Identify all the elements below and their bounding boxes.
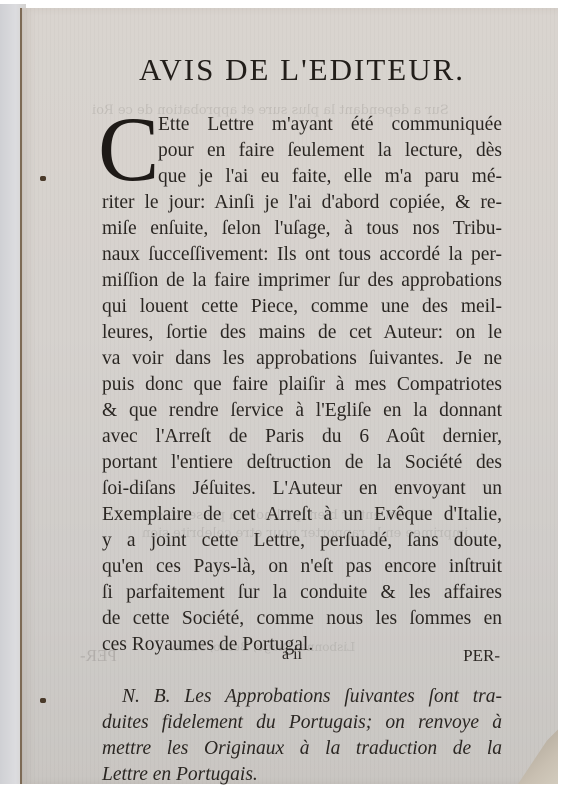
text-line: Exemplaire de cet Arreſt à un Evêque d'I… bbox=[102, 502, 502, 528]
text-line: pour en faire ſeulement la lecture, dès bbox=[102, 138, 502, 164]
text-line: qu'en ces Pays-là, on n'eſt pas encore i… bbox=[102, 554, 502, 580]
signature-mark: a ii bbox=[282, 646, 302, 664]
text-line: leures, ſortie des mains de cet Auteur: … bbox=[102, 320, 502, 346]
page-heading: AVIS DE L'EDITEUR. bbox=[102, 50, 502, 90]
text-line: miſſion de la faire imprimer ſur des app… bbox=[102, 268, 502, 294]
editor-notice-paragraph: C Ette Lettre m'ayant été communiquée po… bbox=[102, 112, 502, 658]
page-footer: PER- a ii PER- bbox=[102, 646, 502, 670]
note-line: N. B. Les Approbations ſuivantes ſont tr… bbox=[102, 684, 502, 710]
show-through-catchword: PER- bbox=[80, 646, 117, 666]
text-line: que je l'ai eu faite, elle m'a paru mé- bbox=[102, 164, 502, 190]
nota-bene-note: N. B. Les Approbations ſuivantes ſont tr… bbox=[102, 684, 502, 788]
binding-hole bbox=[40, 698, 46, 703]
drop-cap-letter: C bbox=[98, 106, 159, 192]
text-line: & que rendre ſervice à l'Egliſe en la do… bbox=[102, 398, 502, 424]
note-line: Lettre en Portugais. bbox=[102, 762, 502, 788]
text-line: puis donc que faire plaiſir à mes Compat… bbox=[102, 372, 502, 398]
text-line: portant l'entiere deſtruction de la Soci… bbox=[102, 450, 502, 476]
catchword: PER- bbox=[463, 646, 500, 666]
text-line: de cette Société, comme nous les ſommes … bbox=[102, 606, 502, 632]
text-line: ſoi-diſans Jéſuites. L'Auteur en envoyan… bbox=[102, 476, 502, 502]
note-line: duites fidelement du Portugais; on renvo… bbox=[102, 710, 502, 736]
text-line: miſe enſuite, ſelon l'uſage, à tous nos … bbox=[102, 216, 502, 242]
book-photo: Sur a dependant la plus sure et approbat… bbox=[0, 0, 575, 800]
text-line: y a joint cette Lettre, perſuadé, ſans d… bbox=[102, 528, 502, 554]
page-text: AVIS DE L'EDITEUR. C Ette Lettre m'ayant… bbox=[102, 40, 502, 788]
text-line: va voir dans les approbations ſuivantes.… bbox=[102, 346, 502, 372]
text-line: qui louent cette Piece, comme une des me… bbox=[102, 294, 502, 320]
text-line: naux ſucceſſivement: Ils ont tous accord… bbox=[102, 242, 502, 268]
text-line: avec l'Arreſt de Paris du 6 Août dernier… bbox=[102, 424, 502, 450]
note-line: mettre les Originaux à la traduction de … bbox=[102, 736, 502, 762]
text-line: riter le jour: Ainſi je l'ai d'abord cop… bbox=[102, 190, 502, 216]
binding-hole bbox=[40, 176, 46, 181]
folded-corner bbox=[518, 724, 558, 784]
text-line: Ette Lettre m'ayant été communiquée bbox=[102, 112, 502, 138]
text-line: ſi parfaitement ſur la conduite & les af… bbox=[102, 580, 502, 606]
